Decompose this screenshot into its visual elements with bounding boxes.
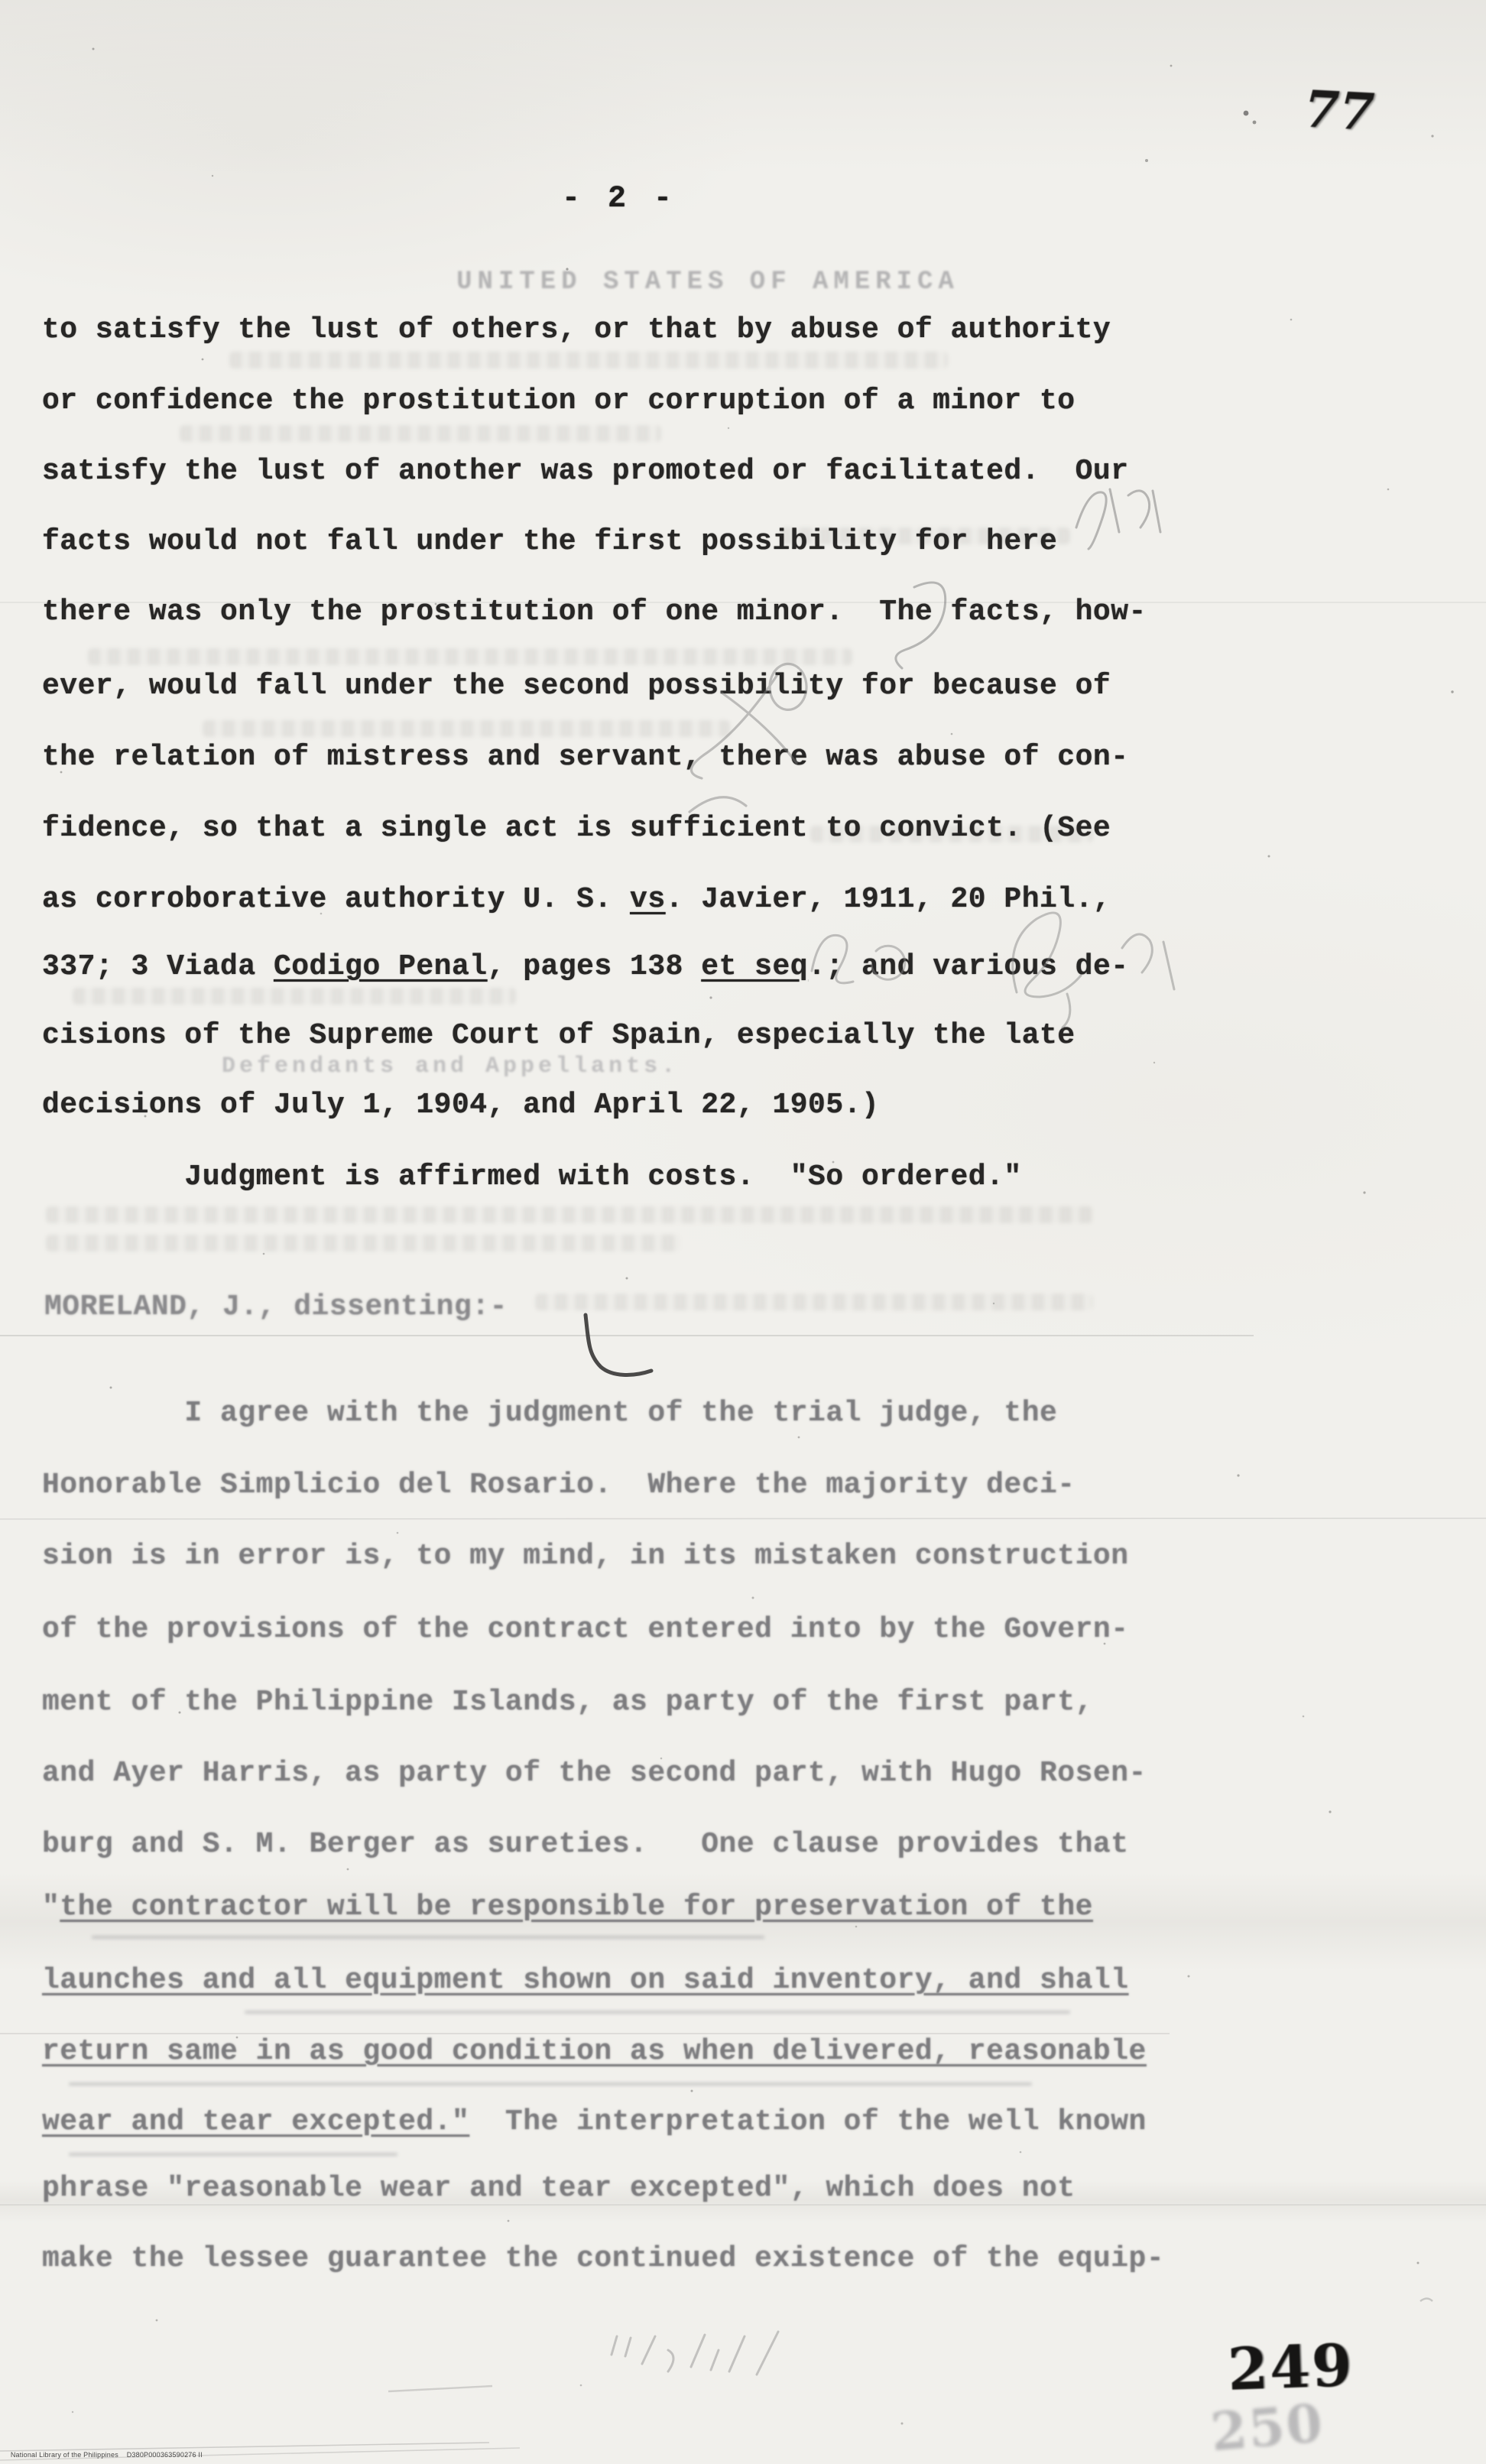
ink-checkmark xyxy=(586,1315,651,1375)
ghost-bleedthrough-row xyxy=(88,648,852,665)
pencil-scribble-upper xyxy=(896,489,1160,668)
ghost-bleedthrough-row xyxy=(46,1206,1093,1223)
typed-line: burg and S. M. Berger as sureties. One c… xyxy=(42,1828,1129,1861)
ghost-underline-echo xyxy=(92,1936,764,1939)
pencil-date-strokes xyxy=(612,2332,778,2375)
typed-line: Judgment is affirmed with costs. "So ord… xyxy=(42,1161,1022,1193)
ghost-bleedthrough-row xyxy=(229,352,948,368)
ghost-bleedthrough-row xyxy=(73,988,516,1005)
typed-line: decisions of July 1, 1904, and April 22,… xyxy=(42,1089,879,1122)
typed-line: the relation of mistress and servant, th… xyxy=(42,741,1129,774)
typed-line: I agree with the judgment of the trial j… xyxy=(42,1397,1057,1430)
typed-line: to satisfy the lust of others, or that b… xyxy=(42,313,1111,346)
typed-line: cisions of the Supreme Court of Spain, e… xyxy=(42,1019,1076,1052)
typed-line: sion is in error is, to my mind, in its … xyxy=(42,1540,1129,1573)
typed-line: ever, would fall under the second possib… xyxy=(42,670,1111,703)
footer-institution: National Library of the Philippines xyxy=(11,2451,118,2459)
ghost-underline-echo xyxy=(69,2083,1032,2086)
typed-line: as corroborative authority U. S. vs. Jav… xyxy=(42,883,1111,916)
footer-code: D380P000363590276 II xyxy=(127,2451,203,2459)
typed-line: 337; 3 Viada Codigo Penal, pages 138 et … xyxy=(42,950,1129,983)
typed-line: wear and tear excepted." The interpretat… xyxy=(42,2105,1147,2138)
ghost-header-text: UNITED STATES OF AMERICA xyxy=(425,268,991,297)
typed-line: phrase "reasonable wear and tear excepte… xyxy=(42,2172,1076,2205)
ink-dots xyxy=(1145,111,1256,162)
typed-line: facts would not fall under the first pos… xyxy=(42,525,1057,558)
typed-line: "the contractor will be responsible for … xyxy=(42,1891,1093,1923)
scanned-document-page: UNITED STATES OF AMERICA Defendants and … xyxy=(0,0,1486,2464)
typed-line: launches and all equipment shown on said… xyxy=(42,1964,1129,1997)
page-stamp-number-ghost: 250 xyxy=(1209,2393,1326,2464)
page-number-label: - 2 - xyxy=(562,182,676,216)
dissent-heading: MORELAND, J., dissenting:- xyxy=(44,1290,508,1323)
typed-line: return same in as good condition as when… xyxy=(42,2035,1147,2068)
ghost-caption-text: Defendants and Appellants. xyxy=(222,1053,679,1079)
ghost-underline-echo xyxy=(245,2011,1070,2014)
typed-line: or confidence the prostitution or corrup… xyxy=(42,385,1076,417)
handwritten-folio-number: 77 xyxy=(1303,80,1376,143)
typed-line: of the provisions of the contract entere… xyxy=(42,1613,1129,1646)
ghost-bleedthrough-row xyxy=(46,1235,680,1251)
ghost-bleedthrough-row xyxy=(535,1294,1093,1310)
typed-line: ment of the Philippine Islands, as party… xyxy=(42,1686,1093,1719)
typed-line: satisfy the lust of another was promoted… xyxy=(42,455,1129,488)
typed-line: Honorable Simplicio del Rosario. Where t… xyxy=(42,1469,1076,1501)
pencil-line xyxy=(388,2386,492,2391)
ghost-bleedthrough-row xyxy=(203,720,730,737)
page-stamp-number: 249 xyxy=(1226,2331,1355,2404)
ghost-underline-echo xyxy=(69,2153,397,2156)
library-footer-label: National Library of the Philippines D380… xyxy=(2,2443,203,2464)
typed-line: there was only the prostitution of one m… xyxy=(42,596,1147,628)
footer-gap xyxy=(118,2451,127,2459)
typed-line: make the lessee guarantee the continued … xyxy=(42,2242,1164,2275)
pencil-tick xyxy=(1420,2299,1432,2302)
ghost-bleedthrough-row xyxy=(180,425,661,442)
typed-line: fidence, so that a single act is suffici… xyxy=(42,812,1111,845)
typed-line: and Ayer Harris, as party of the second … xyxy=(42,1757,1147,1790)
scan-artifacts-layer xyxy=(0,0,1486,2464)
